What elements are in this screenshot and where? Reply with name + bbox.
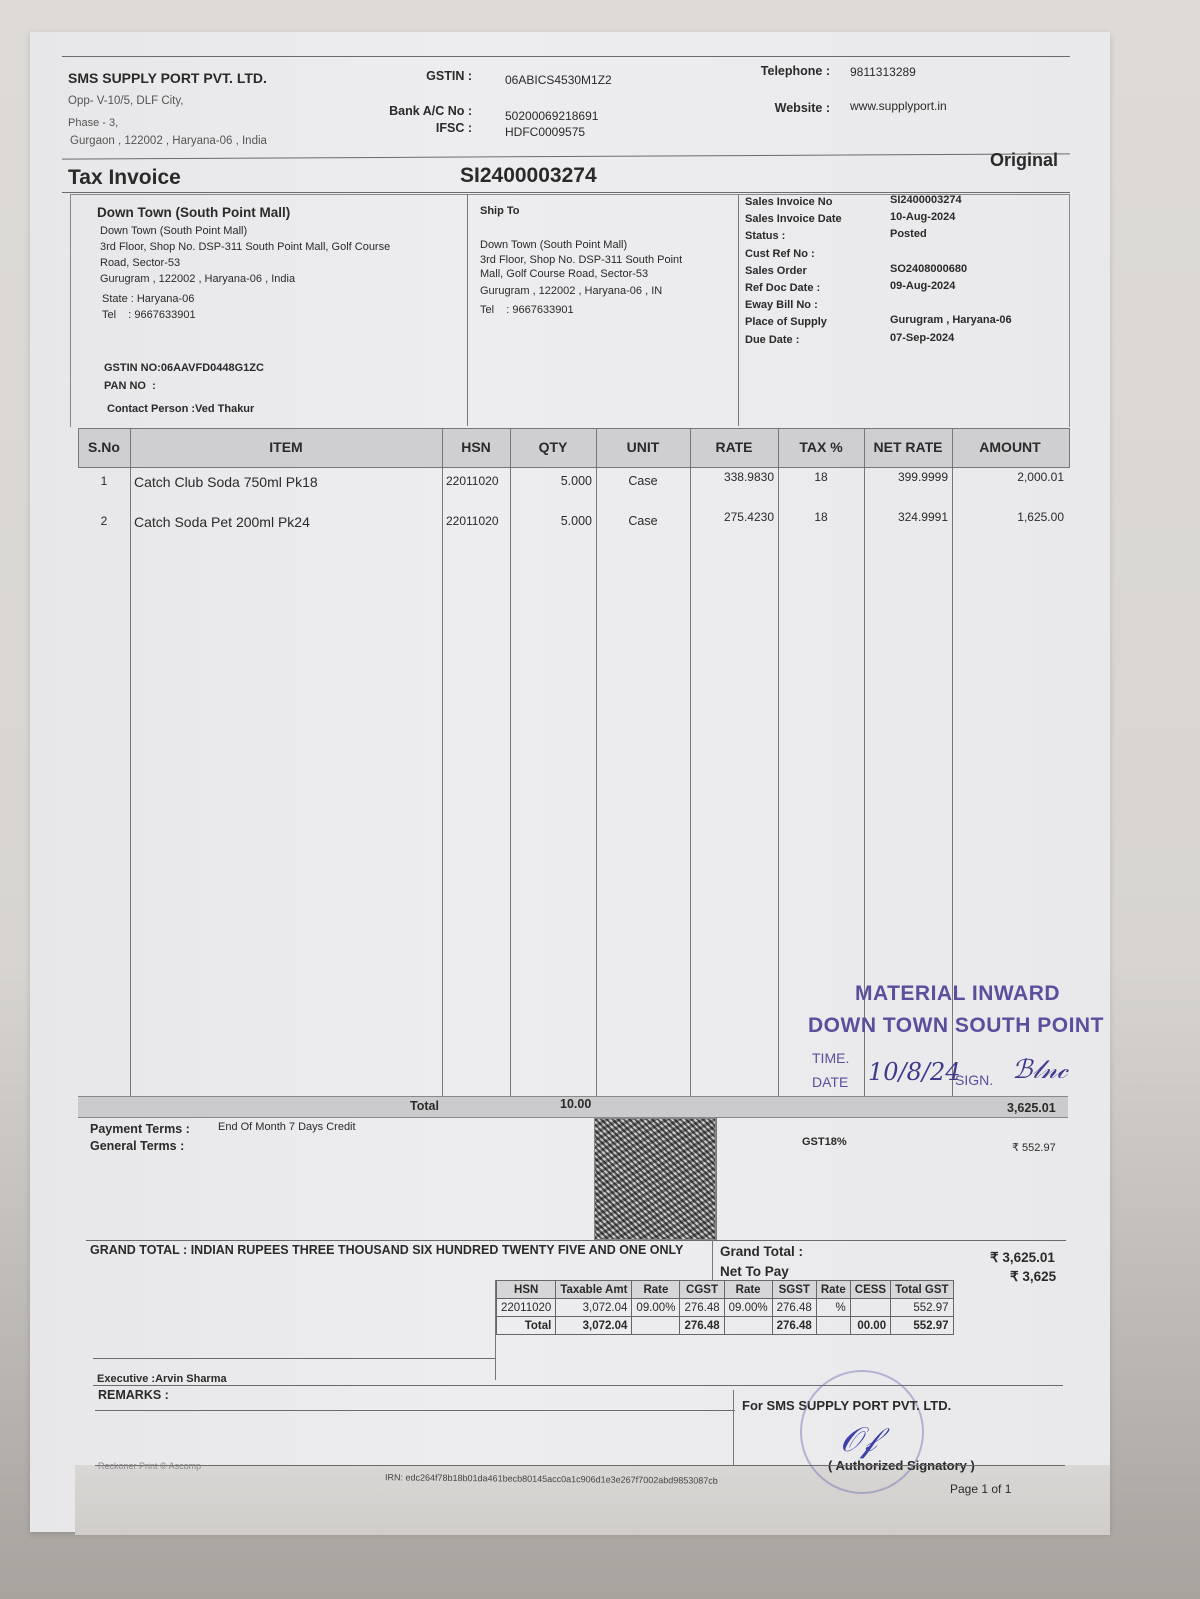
bill-to-name: Down Town (South Point Mall) xyxy=(97,205,290,220)
meta-label: Status : xyxy=(745,230,785,242)
meta-value: SI2400003274 xyxy=(890,194,962,206)
seller-name: SMS SUPPLY PORT PVT. LTD. xyxy=(68,70,267,86)
bill-to-line: Gurugram , 122002 , Haryana-06 , India xyxy=(100,273,295,285)
total-label: Total xyxy=(410,1099,439,1113)
table-cell: 275.4230 xyxy=(694,510,774,524)
column-header: NET RATE xyxy=(864,428,952,466)
table-cell: Case xyxy=(600,474,686,488)
document-title: Tax Invoice xyxy=(68,166,181,190)
table-cell: 1,625.00 xyxy=(956,510,1064,524)
column-header: RATE xyxy=(690,428,778,466)
grand-total-label: Grand Total : xyxy=(720,1244,803,1259)
meta-label: Eway Bill No : xyxy=(745,299,818,311)
bank-value: 50200069218691 xyxy=(505,109,598,123)
general-terms-label: General Terms : xyxy=(90,1139,184,1153)
table-cell: Catch Soda Pet 200ml Pk24 xyxy=(134,514,438,530)
table-cell: 5.000 xyxy=(514,514,592,528)
table-cell: 2,000.01 xyxy=(956,470,1064,484)
meta-value: SO2408000680 xyxy=(890,263,967,275)
gst-cell xyxy=(850,1299,890,1317)
table-cell: 18 xyxy=(782,510,860,524)
gst-cell: 552.97 xyxy=(891,1299,953,1317)
total-amount: 3,625.01 xyxy=(1007,1101,1056,1115)
gst-column-header: CESS xyxy=(850,1281,890,1299)
column-header: S.No xyxy=(78,428,130,466)
gst-total-cell xyxy=(724,1317,772,1335)
seller-address-line: Phase - 3, xyxy=(68,117,118,129)
stamp-date-handwritten: 10/8/24 xyxy=(868,1058,961,1086)
executive-name: Executive :Arvin Sharma xyxy=(97,1373,227,1385)
telephone-value: 9811313289 xyxy=(850,65,916,79)
column-header: HSN xyxy=(442,428,510,466)
meta-value: Posted xyxy=(890,228,927,240)
stamp-signature: ℬ𝓁𝓃𝒸 xyxy=(1012,1055,1068,1086)
ship-to-line: Down Town (South Point Mall) xyxy=(480,239,627,251)
stamp-date-label: DATE xyxy=(812,1074,848,1090)
ifsc-value: HDFC0009575 xyxy=(505,125,585,139)
meta-value: 07-Sep-2024 xyxy=(890,332,954,344)
meta-label: Ref Doc Date : xyxy=(745,282,820,294)
gst-column-header: SGST xyxy=(772,1281,816,1299)
gst-cell: 09.00% xyxy=(724,1299,772,1317)
stamp-time-label: TIME. xyxy=(812,1050,849,1066)
seller-address-line: Opp- V-10/5, DLF City, xyxy=(68,95,183,107)
gst-total-cell: 00.00 xyxy=(850,1317,890,1335)
remarks-label: REMARKS : xyxy=(98,1388,169,1402)
gst-total-cell: 276.48 xyxy=(772,1317,816,1335)
meta-value: Gurugram , Haryana-06 xyxy=(890,314,1012,326)
gst-rate-value: ₹ 552.97 xyxy=(1012,1141,1056,1154)
gst-column-header: Total GST xyxy=(891,1281,953,1299)
ifsc-label: IFSC : xyxy=(380,121,472,135)
net-to-pay-label: Net To Pay xyxy=(720,1264,789,1279)
bill-to-line: Tel : 9667633901 xyxy=(102,309,196,321)
table-cell: 399.9999 xyxy=(868,470,948,484)
stamp-line2: DOWN TOWN SOUTH POINT xyxy=(808,1014,1104,1038)
table-cell: 22011020 xyxy=(446,514,506,528)
gst-total-cell xyxy=(816,1317,850,1335)
qr-code xyxy=(594,1118,716,1240)
meta-label: Sales Invoice No xyxy=(745,196,832,208)
gst-rate-label: GST18% xyxy=(802,1136,847,1148)
gst-cell: 276.48 xyxy=(772,1299,816,1317)
website-link[interactable]: www.supplyport.in xyxy=(850,99,947,113)
gst-cell: 09.00% xyxy=(632,1299,680,1317)
grand-total-words: GRAND TOTAL : INDIAN RUPEES THREE THOUSA… xyxy=(90,1242,700,1258)
gst-cell: 3,072.04 xyxy=(556,1299,632,1317)
gst-column-header: Rate xyxy=(816,1281,850,1299)
gst-column-header: Rate xyxy=(632,1281,680,1299)
table-cell: Catch Club Soda 750ml Pk18 xyxy=(134,474,438,490)
bill-to-pan: PAN NO : xyxy=(104,380,156,392)
table-cell: 22011020 xyxy=(446,474,506,488)
meta-label: Sales Invoice Date xyxy=(745,213,842,225)
table-cell: 338.9830 xyxy=(694,470,774,484)
page-number: Page 1 of 1 xyxy=(950,1482,1011,1496)
gst-total-cell: 276.48 xyxy=(680,1317,724,1335)
stamp-sign-label: SIGN. xyxy=(955,1072,993,1088)
stamp-line1: MATERIAL INWARD xyxy=(855,982,1060,1006)
bank-label: Bank A/C No : xyxy=(360,104,472,118)
column-header: UNIT xyxy=(596,428,690,466)
meta-value: 09-Aug-2024 xyxy=(890,280,955,292)
gstin-value: 06ABICS4530M1Z2 xyxy=(505,73,612,87)
payment-terms-label: Payment Terms : xyxy=(90,1122,190,1136)
bill-to-line: Down Town (South Point Mall) xyxy=(100,225,247,237)
table-cell: 5.000 xyxy=(514,474,592,488)
ship-to-heading: Ship To xyxy=(480,205,520,217)
ship-to-line: Mall, Golf Course Road, Sector-53 xyxy=(480,268,648,280)
bill-to-line: Road, Sector-53 xyxy=(100,257,180,269)
bill-to-gstin: GSTIN NO:06AAVFD0448G1ZC xyxy=(104,362,264,374)
bill-to-line: 3rd Floor, Shop No. DSP-311 South Point … xyxy=(100,241,390,253)
gst-column-header: Taxable Amt xyxy=(556,1281,632,1299)
gst-total-cell: 3,072.04 xyxy=(556,1317,632,1335)
column-header: ITEM xyxy=(130,428,442,466)
ship-to-line: Tel : 9667633901 xyxy=(480,304,574,316)
gst-total-cell: Total xyxy=(497,1317,556,1335)
gst-total-cell xyxy=(632,1317,680,1335)
column-header: TAX % xyxy=(778,428,864,466)
website-label: Website : xyxy=(740,101,830,115)
gst-total-cell: 552.97 xyxy=(891,1317,953,1335)
gst-column-header: Rate xyxy=(724,1281,772,1299)
gst-column-header: CGST xyxy=(680,1281,724,1299)
meta-label: Sales Order xyxy=(745,265,807,277)
grand-total-value: ₹ 3,625.01 xyxy=(990,1250,1055,1266)
column-header: QTY xyxy=(510,428,596,466)
table-cell: 1 xyxy=(82,474,126,488)
ship-to-line: 3rd Floor, Shop No. DSP-311 South Point xyxy=(480,254,682,266)
gstin-label: GSTIN : xyxy=(380,69,472,83)
authorized-signature: 𝒪𝒻 xyxy=(840,1420,877,1460)
seller-address-line: Gurgaon , 122002 , Haryana-06 , India xyxy=(70,135,267,147)
bill-to-line: State : Haryana-06 xyxy=(102,293,194,305)
copy-label: Original xyxy=(990,150,1058,171)
table-cell: 18 xyxy=(782,470,860,484)
meta-label: Cust Ref No : xyxy=(745,248,815,260)
column-header: AMOUNT xyxy=(952,428,1068,466)
gst-total-row: Total3,072.04276.48276.4800.00552.97 xyxy=(497,1317,954,1335)
gst-cell: 22011020 xyxy=(497,1299,556,1317)
table-cell: Case xyxy=(600,514,686,528)
table-cell: 2 xyxy=(82,514,126,528)
gst-column-header: HSN xyxy=(497,1281,556,1299)
print-credit: Reckoner Print © Ascomp xyxy=(98,1461,201,1471)
telephone-label: Telephone : xyxy=(740,64,830,78)
meta-label: Due Date : xyxy=(745,334,799,346)
gst-breakup-table: HSNTaxable AmtRateCGSTRateSGSTRateCESSTo… xyxy=(496,1280,954,1335)
total-qty: 10.00 xyxy=(560,1097,591,1111)
gst-row: 220110203,072.0409.00%276.4809.00%276.48… xyxy=(497,1299,954,1317)
gst-cell: % xyxy=(816,1299,850,1317)
contact-person: Contact Person :Ved Thakur xyxy=(107,403,254,415)
invoice-number: SI2400003274 xyxy=(460,164,597,188)
ship-to-line: Gurugram , 122002 , Haryana-06 , IN xyxy=(480,285,662,297)
meta-value: 10-Aug-2024 xyxy=(890,211,955,223)
meta-label: Place of Supply xyxy=(745,316,827,328)
gst-cell: 276.48 xyxy=(680,1299,724,1317)
payment-terms-value: End Of Month 7 Days Credit xyxy=(218,1121,356,1133)
table-cell: 324.9991 xyxy=(868,510,948,524)
net-to-pay-value: ₹ 3,625 xyxy=(1010,1269,1056,1285)
